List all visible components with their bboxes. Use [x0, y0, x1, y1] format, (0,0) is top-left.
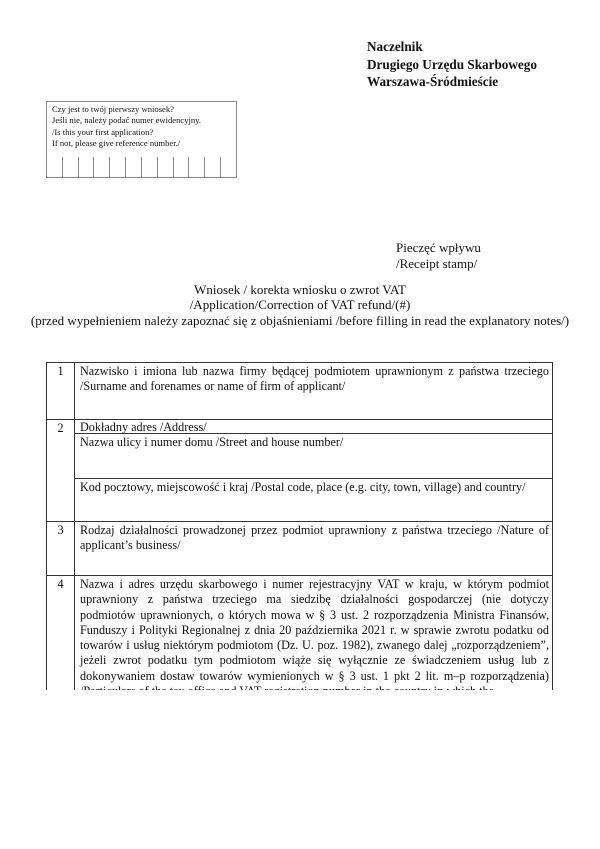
field-label: Rodzaj działalności prowadzonej przez po… [80, 523, 549, 552]
application-form-table: 1 Nazwisko i imiona lub nazwa firmy będą… [46, 362, 553, 700]
reference-question: Czy jest to twój pierwszy wniosek? Jeśli… [52, 104, 201, 149]
receipt-stamp-line-2: /Receipt stamp/ [396, 256, 481, 272]
row-number: 4 [47, 576, 75, 700]
field-label: Nazwa i adres urzędu skarbowego i numer … [80, 577, 549, 698]
addressee-block: Naczelnik Drugiego Urzędu Skarbowego War… [367, 38, 537, 91]
reference-question-line: If not, please give reference number./ [52, 138, 201, 149]
reference-question-line: Jeśli nie, należy podać numer ewidencyjn… [52, 115, 201, 126]
reference-digit-cell[interactable] [221, 157, 236, 177]
title-line-2: /Application/Correction of VAT refund/(#… [30, 297, 570, 312]
receipt-stamp-label: Pieczęć wpływu /Receipt stamp/ [396, 240, 481, 272]
form-row-1: 1 Nazwisko i imiona lub nazwa firmy będą… [47, 363, 553, 420]
reference-question-line: /Is this your first application? [52, 127, 201, 138]
reference-digit-cell[interactable] [189, 157, 205, 177]
form-row-2: 2 Dokładny adres /Address/ [47, 420, 553, 434]
addressee-line-1: Naczelnik [367, 38, 537, 56]
receipt-stamp-line-1: Pieczęć wpływu [396, 240, 481, 256]
addressee-line-3: Warszawa-Śródmieście [367, 73, 537, 91]
field-label: Nazwa ulicy i numer domu /Street and hou… [80, 435, 343, 449]
reference-digit-cell[interactable] [174, 157, 190, 177]
title-instructions: (przed wypełnieniem należy zapoznać się … [30, 313, 570, 328]
reference-number-cells [47, 157, 236, 177]
street-address-field[interactable]: Nazwa ulicy i numer domu /Street and hou… [75, 434, 553, 479]
reference-digit-cell[interactable] [158, 157, 174, 177]
reference-digit-cell[interactable] [79, 157, 95, 177]
form-row-3: 3 Rodzaj działalności prowadzonej przez … [47, 522, 553, 576]
row-number: 3 [47, 522, 75, 576]
reference-digit-cell[interactable] [47, 157, 63, 177]
postal-place-country-field[interactable]: Kod pocztowy, miejscowość i kraj /Postal… [75, 479, 553, 522]
reference-digit-cell[interactable] [126, 157, 142, 177]
row-number: 2 [47, 420, 75, 522]
reference-digit-cell[interactable] [94, 157, 110, 177]
row-number: 1 [47, 363, 75, 420]
title-line-1: Wniosek / korekta wniosku o zwrot VAT [30, 282, 570, 297]
applicant-name-field[interactable]: Nazwisko i imiona lub nazwa firmy będące… [75, 363, 553, 420]
reference-digit-cell[interactable] [63, 157, 79, 177]
reference-number-box: Czy jest to twój pierwszy wniosek? Jeśli… [46, 101, 237, 178]
form-row-4: 4 Nazwa i adres urzędu skarbowego i nume… [47, 576, 553, 700]
page-blank-area [0, 690, 600, 849]
reference-digit-cell[interactable] [205, 157, 221, 177]
field-label: Kod pocztowy, miejscowość i kraj /Postal… [80, 480, 526, 494]
addressee-line-2: Drugiego Urzędu Skarbowego [367, 56, 537, 74]
form-row-2-postal: Kod pocztowy, miejscowość i kraj /Postal… [47, 479, 553, 522]
reference-question-line: Czy jest to twój pierwszy wniosek? [52, 104, 201, 115]
document-title: Wniosek / korekta wniosku o zwrot VAT /A… [30, 282, 570, 328]
reference-digit-cell[interactable] [110, 157, 126, 177]
tax-office-vat-number-field[interactable]: Nazwa i adres urzędu skarbowego i numer … [75, 576, 553, 700]
address-heading: Dokładny adres /Address/ [75, 420, 553, 434]
reference-digit-cell[interactable] [142, 157, 158, 177]
form-row-2-street: Nazwa ulicy i numer domu /Street and hou… [47, 434, 553, 479]
business-nature-field[interactable]: Rodzaj działalności prowadzonej przez po… [75, 522, 553, 576]
field-label: Nazwisko i imiona lub nazwa firmy będące… [80, 364, 549, 393]
